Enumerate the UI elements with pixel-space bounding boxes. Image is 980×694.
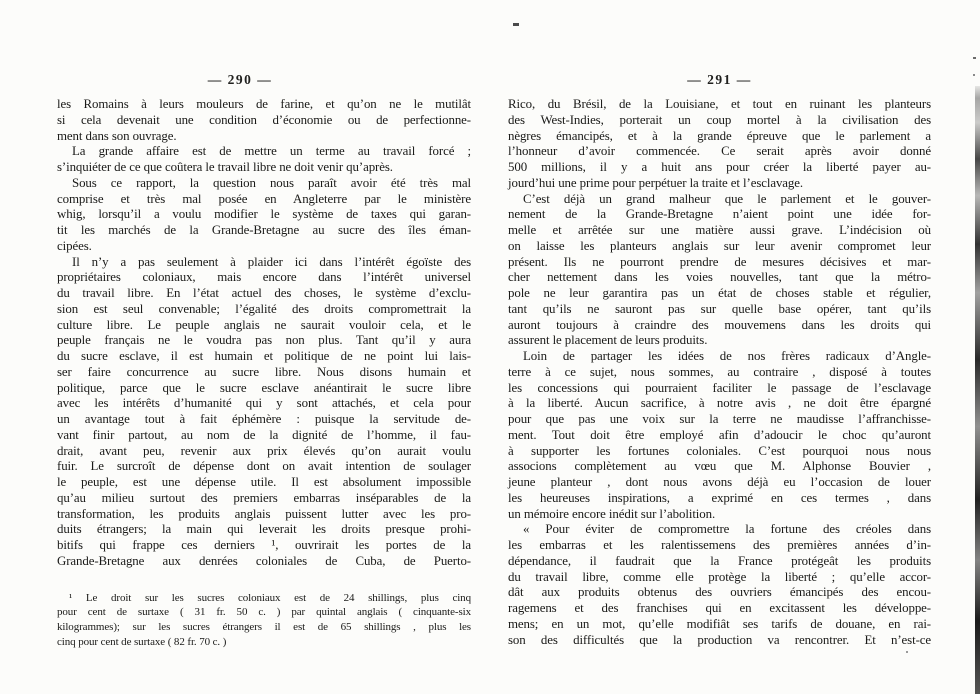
text-line: les concessions qui pourraient faciliter…	[508, 381, 931, 397]
text-line: si cela devenait une condition d’économi…	[57, 113, 471, 129]
text-line: 500 millions, il y a huit ans pour créer…	[508, 160, 931, 176]
page-290: — 290 — les Romains à leurs mouleurs de …	[57, 72, 471, 649]
page-body: les Romains à leurs mouleurs de farine, …	[57, 97, 471, 570]
text-line: C’est déjà un grand malheur que le parle…	[508, 192, 931, 208]
text-line: ragemens et des franchises qui en excita…	[508, 601, 931, 617]
text-line: nègres émancipés, et à la grande épreuve…	[508, 129, 931, 145]
text-line: Sous ce rapport, la question nous paraît…	[57, 176, 471, 192]
text-line: un avantage tout à fait éphémère : puisq…	[57, 412, 471, 428]
text-line: Grande-Bretagne aux denrées coloniales d…	[57, 554, 471, 570]
text-line: tit les marchés de la Grande-Bretagne au…	[57, 223, 471, 239]
text-line: à supporter les fortunes coloniales. C’e…	[508, 444, 931, 460]
text-line: Il n’y a pas seulement à plaider ici dan…	[57, 255, 471, 271]
text-line: mens; en un mot, qu’elle modifiât ses ta…	[508, 617, 931, 633]
text-line: un mémoire encore inédit sur l’abolition…	[508, 507, 931, 523]
text-line: qu’au milieu surtout des premiers embarr…	[57, 491, 471, 507]
text-line: le peuple, est une dépense utile. Il est…	[57, 475, 471, 491]
text-line: auront toujours à craindre des mouvemens…	[508, 318, 931, 334]
text-line: des West-Indies, porterait un coup morte…	[508, 113, 931, 129]
text-line: cher nettement dans les voies nouvelles,…	[508, 270, 931, 286]
text-line: du travail libre, comme elle protège la …	[508, 570, 931, 586]
text-line: à la liberté. Aucun sacrifice, à notre a…	[508, 396, 931, 412]
text-line: jourd’hui une prime pour perpétuer la tr…	[508, 176, 931, 192]
page-number: — 290 —	[57, 72, 471, 88]
text-line: nement de la Grande-Bretagne n’aient poi…	[508, 207, 931, 223]
text-line: pour que pas une voix sur la terre ne ma…	[508, 412, 931, 428]
text-line: fuir. Le surcroît de dépense dont on ava…	[57, 459, 471, 475]
text-line: on laisse les planteurs anglais sur leur…	[508, 239, 931, 255]
scan-speck-artifact	[973, 57, 976, 59]
text-line: transformation, les produits anglais pui…	[57, 507, 471, 523]
text-line: associons complètement au vœu que M. Alp…	[508, 459, 931, 475]
text-line: jeune planteur , dont nous avons déjà eu…	[508, 475, 931, 491]
text-line: « Pour éviter de compromettre la fortune…	[508, 522, 931, 538]
scanned-book-spread: — 290 — les Romains à leurs mouleurs de …	[0, 0, 980, 694]
text-line: Rico, du Brésil, de la Louisiane, et tou…	[508, 97, 931, 113]
page-number: — 291 —	[508, 72, 931, 88]
text-line: l’honneur d’avoir commencée. Ce serait a…	[508, 144, 931, 160]
text-line: bitifs qui frappe ces derniers ¹, ouvrir…	[57, 538, 471, 554]
scan-speck-artifact	[906, 651, 908, 653]
text-line: les embarras et les ralentissemens des p…	[508, 538, 931, 554]
text-line: pole ne leur garantira pas un état de ch…	[508, 286, 931, 302]
text-line: ment dans son ouvrage.	[57, 129, 471, 145]
scan-edge-artifact	[975, 86, 980, 694]
text-line: cinq pour cent de surtaxe ( 82 fr. 70 c.…	[57, 635, 471, 650]
text-line: sion est seul convenable; l’égalité des …	[57, 302, 471, 318]
text-line: ment. Tout doit être employé afin d’adou…	[508, 428, 931, 444]
text-line: Loin de partager les idées de nos frères…	[508, 349, 931, 365]
text-line: kilogrammes); sur les sucres étrangers i…	[57, 620, 471, 635]
text-line: cipées.	[57, 239, 471, 255]
text-line: assurent le placement de leurs produits.	[508, 333, 931, 349]
text-line: La grande affaire est de mettre un terme…	[57, 144, 471, 160]
text-line: drait, avant peu, revenir aux prix élevé…	[57, 444, 471, 460]
text-line: les Romains à leurs mouleurs de farine, …	[57, 97, 471, 113]
scan-speck-artifact	[513, 23, 519, 26]
text-line: avec les intérêts d’humanité qui y sont …	[57, 396, 471, 412]
page-291: — 291 — Rico, du Brésil, de la Louisiane…	[508, 72, 931, 648]
text-line: comprise et très mal posée en Angleterre…	[57, 192, 471, 208]
text-line: tant qu’ils ne sauront pas sur quelle ba…	[508, 302, 931, 318]
text-line: s’inquiéter de ce que coûtera le travail…	[57, 160, 471, 176]
text-line: son des difficultés que la production va…	[508, 633, 931, 649]
text-line: duits étrangers; la main qui leverait le…	[57, 522, 471, 538]
text-line: politique, parce que le sucre esclave an…	[57, 381, 471, 397]
text-line: vant finir partout, au nom de la dignité…	[57, 428, 471, 444]
page-body: Rico, du Brésil, de la Louisiane, et tou…	[508, 97, 931, 648]
text-line: présent. Ils ne pourront prendre de mesu…	[508, 255, 931, 271]
text-line: ser faire concurrence au sucre libre. No…	[57, 365, 471, 381]
page-footnote: ¹ Le droit sur les sucres coloniaux est …	[57, 591, 471, 650]
text-line: peuple français ne le voudra pas non plu…	[57, 333, 471, 349]
text-line: terre à ce sujet, nous sommes, au contra…	[508, 365, 931, 381]
text-line: du travail libre. En l’état actuel des c…	[57, 286, 471, 302]
text-line: melle et arrêtée sur une matière aussi g…	[508, 223, 931, 239]
text-line: dât aux produits obtenus des ouvriers ém…	[508, 585, 931, 601]
scan-speck-artifact	[973, 74, 975, 76]
text-line: whig, lorsqu’il a voulu modifier le syst…	[57, 207, 471, 223]
text-line: pour cent de surtaxe ( 31 fr. 50 c. ) pa…	[57, 605, 471, 620]
text-line: culture libre. Le peuple anglais ne saur…	[57, 318, 471, 334]
text-line: ¹ Le droit sur les sucres coloniaux est …	[57, 591, 471, 606]
text-line: du sucre esclave, il est humain et polit…	[57, 349, 471, 365]
text-line: propriétaires coloniaux, mais encore dan…	[57, 270, 471, 286]
text-line: dépendance, il faudrait que la France pr…	[508, 554, 931, 570]
text-line: les heureuses inspirations, a exprimé en…	[508, 491, 931, 507]
